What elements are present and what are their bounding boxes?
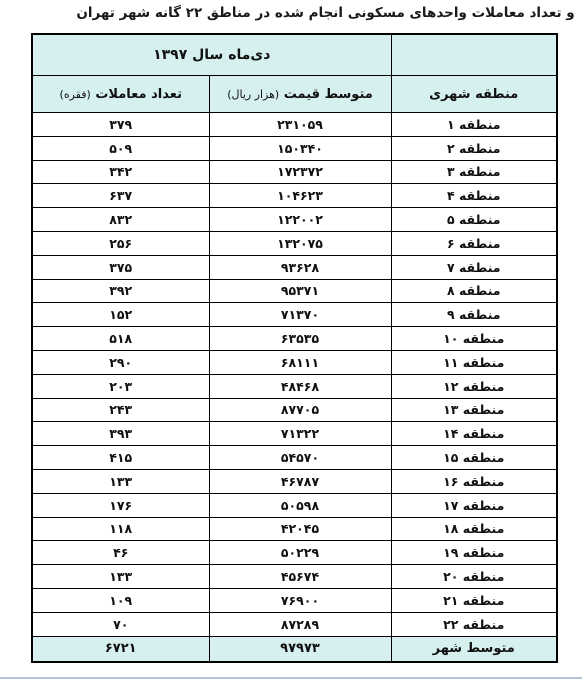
price-cell: ۱۷۲۳۷۲ xyxy=(209,160,391,184)
district-cell: منطقه ۷ xyxy=(391,255,557,279)
table-row: منطقه ۴ ۱۰۴۶۲۳ ۶۳۷ xyxy=(32,184,557,208)
price-cell: ۸۷۲۸۹ xyxy=(209,612,391,636)
table-row: منطقه ۱۵ ۵۴۵۷۰ ۴۱۵ xyxy=(32,446,557,470)
table-row: منطقه ۱۶ ۴۶۷۸۷ ۱۳۳ xyxy=(32,469,557,493)
column-header-row: منطقه شهری متوسط قیمت (هزار ریال) تعداد … xyxy=(32,76,557,113)
price-cell: ۷۶۹۰۰ xyxy=(209,588,391,612)
table-row: منطقه ۲ ۱۵۰۳۴۰ ۵۰۹ xyxy=(32,136,557,160)
count-cell: ۱۷۶ xyxy=(32,493,209,517)
table-row: منطقه ۱۹ ۵۰۲۲۹ ۴۶ xyxy=(32,541,557,565)
table-row: منطقه ۱۷ ۵۰۵۹۸ ۱۷۶ xyxy=(32,493,557,517)
price-cell: ۹۳۶۲۸ xyxy=(209,255,391,279)
transactions-table: دی‌ماه سال ۱۳۹۷ منطقه شهری متوسط قیمت (ه… xyxy=(31,33,558,663)
count-cell: ۳۷۹ xyxy=(32,113,209,137)
district-cell: منطقه ۱ xyxy=(391,113,557,137)
district-cell: منطقه ۲۰ xyxy=(391,565,557,589)
price-cell: ۵۰۵۹۸ xyxy=(209,493,391,517)
table-row: منطقه ۶ ۱۳۲۰۷۵ ۲۵۶ xyxy=(32,231,557,255)
table-row: منطقه ۱۲ ۴۸۴۶۸ ۲۰۳ xyxy=(32,374,557,398)
count-cell: ۲۴۳ xyxy=(32,398,209,422)
page: و تعداد معاملات واحدهای مسکونی انجام شده… xyxy=(0,0,582,683)
count-cell: ۱۱۸ xyxy=(32,517,209,541)
count-cell: ۳۹۳ xyxy=(32,422,209,446)
count-cell: ۱۰۹ xyxy=(32,588,209,612)
table-footer: متوسط شهر ۹۷۹۷۳ ۶۷۲۱ xyxy=(32,636,557,662)
price-cell: ۱۰۴۶۲۳ xyxy=(209,184,391,208)
district-cell: منطقه ۵ xyxy=(391,208,557,232)
district-cell: منطقه ۱۲ xyxy=(391,374,557,398)
district-cell: منطقه ۱۳ xyxy=(391,398,557,422)
price-cell: ۶۸۱۱۱ xyxy=(209,350,391,374)
count-cell: ۴۶ xyxy=(32,541,209,565)
district-cell: منطقه ۲ xyxy=(391,136,557,160)
price-cell: ۵۰۲۲۹ xyxy=(209,541,391,565)
price-cell: ۲۳۱۰۵۹ xyxy=(209,113,391,137)
price-cell: ۵۴۵۷۰ xyxy=(209,446,391,470)
count-cell: ۷۰ xyxy=(32,612,209,636)
table-row: منطقه ۳ ۱۷۲۳۷۲ ۳۴۲ xyxy=(32,160,557,184)
count-column-label: تعداد معاملات xyxy=(95,87,182,102)
price-column-label: متوسط قیمت xyxy=(284,87,373,102)
table-row: منطقه ۲۰ ۴۵۶۷۴ ۱۳۳ xyxy=(32,565,557,589)
table-row: منطقه ۲۲ ۸۷۲۸۹ ۷۰ xyxy=(32,612,557,636)
price-cell: ۱۲۲۰۰۲ xyxy=(209,208,391,232)
district-cell: منطقه ۱۴ xyxy=(391,422,557,446)
district-cell: منطقه ۱۱ xyxy=(391,350,557,374)
district-cell: منطقه ۲۱ xyxy=(391,588,557,612)
count-cell: ۲۰۳ xyxy=(32,374,209,398)
table-row: منطقه ۱۴ ۷۱۳۲۲ ۳۹۳ xyxy=(32,422,557,446)
price-cell: ۱۳۲۰۷۵ xyxy=(209,231,391,255)
district-column-header: منطقه شهری xyxy=(391,76,557,113)
count-cell: ۳۷۵ xyxy=(32,255,209,279)
count-cell: ۴۱۵ xyxy=(32,446,209,470)
district-cell: منطقه ۲۲ xyxy=(391,612,557,636)
district-cell: منطقه ۹ xyxy=(391,303,557,327)
count-cell: ۲۵۶ xyxy=(32,231,209,255)
table-row: منطقه ۸ ۹۵۳۷۱ ۳۹۲ xyxy=(32,279,557,303)
district-cell: منطقه ۶ xyxy=(391,231,557,255)
price-cell: ۷۱۳۷۰ xyxy=(209,303,391,327)
district-cell: منطقه ۱۹ xyxy=(391,541,557,565)
price-cell: ۶۳۵۳۵ xyxy=(209,327,391,351)
period-header-cell: دی‌ماه سال ۱۳۹۷ xyxy=(32,34,391,76)
count-cell: ۶۳۷ xyxy=(32,184,209,208)
price-cell: ۴۲۰۴۵ xyxy=(209,517,391,541)
district-cell: منطقه ۱۶ xyxy=(391,469,557,493)
price-cell: ۴۶۷۸۷ xyxy=(209,469,391,493)
table-row: منطقه ۷ ۹۳۶۲۸ ۳۷۵ xyxy=(32,255,557,279)
district-cell: منطقه ۳ xyxy=(391,160,557,184)
price-column-header: متوسط قیمت (هزار ریال) xyxy=(209,76,391,113)
count-cell: ۵۰۹ xyxy=(32,136,209,160)
table-row: منطقه ۲۱ ۷۶۹۰۰ ۱۰۹ xyxy=(32,588,557,612)
count-cell: ۲۹۰ xyxy=(32,350,209,374)
count-cell: ۵۱۸ xyxy=(32,327,209,351)
table-container: دی‌ماه سال ۱۳۹۷ منطقه شهری متوسط قیمت (ه… xyxy=(33,33,558,663)
district-cell: منطقه ۱۸ xyxy=(391,517,557,541)
district-cell: منطقه ۱۷ xyxy=(391,493,557,517)
count-cell: ۱۳۳ xyxy=(32,469,209,493)
price-unit-label: (هزار ریال) xyxy=(227,88,279,101)
price-cell: ۴۸۴۶۸ xyxy=(209,374,391,398)
price-cell: ۴۵۶۷۴ xyxy=(209,565,391,589)
table-row: منطقه ۱ ۲۳۱۰۵۹ ۳۷۹ xyxy=(32,113,557,137)
city-average-count-cell: ۶۷۲۱ xyxy=(32,636,209,662)
count-cell: ۱۳۳ xyxy=(32,565,209,589)
table-row: منطقه ۵ ۱۲۲۰۰۲ ۸۳۲ xyxy=(32,208,557,232)
table-header: دی‌ماه سال ۱۳۹۷ منطقه شهری متوسط قیمت (ه… xyxy=(32,34,557,113)
city-average-label-cell: متوسط شهر xyxy=(391,636,557,662)
price-cell: ۷۱۳۲۲ xyxy=(209,422,391,446)
count-cell: ۳۹۲ xyxy=(32,279,209,303)
district-cell: منطقه ۸ xyxy=(391,279,557,303)
page-title: و تعداد معاملات واحدهای مسکونی انجام شده… xyxy=(63,5,582,21)
table-row: منطقه ۹ ۷۱۳۷۰ ۱۵۲ xyxy=(32,303,557,327)
table-row: منطقه ۱۱ ۶۸۱۱۱ ۲۹۰ xyxy=(32,350,557,374)
count-cell: ۳۴۲ xyxy=(32,160,209,184)
district-cell: منطقه ۴ xyxy=(391,184,557,208)
price-cell: ۹۵۳۷۱ xyxy=(209,279,391,303)
district-cell: منطقه ۱۰ xyxy=(391,327,557,351)
city-average-row: متوسط شهر ۹۷۹۷۳ ۶۷۲۱ xyxy=(32,636,557,662)
table-body: منطقه ۱ ۲۳۱۰۵۹ ۳۷۹ منطقه ۲ ۱۵۰۳۴۰ ۵۰۹ من… xyxy=(32,113,557,637)
city-average-price-cell: ۹۷۹۷۳ xyxy=(209,636,391,662)
empty-header-cell xyxy=(391,34,557,76)
price-cell: ۸۷۷۰۵ xyxy=(209,398,391,422)
bottom-divider-rule xyxy=(0,677,582,679)
count-column-header: تعداد معاملات (فقره) xyxy=(32,76,209,113)
district-cell: منطقه ۱۵ xyxy=(391,446,557,470)
table-row: منطقه ۱۰ ۶۳۵۳۵ ۵۱۸ xyxy=(32,327,557,351)
period-header-row: دی‌ماه سال ۱۳۹۷ xyxy=(32,34,557,76)
table-row: منطقه ۱۳ ۸۷۷۰۵ ۲۴۳ xyxy=(32,398,557,422)
price-cell: ۱۵۰۳۴۰ xyxy=(209,136,391,160)
count-unit-label: (فقره) xyxy=(60,88,91,101)
count-cell: ۱۵۲ xyxy=(32,303,209,327)
table-row: منطقه ۱۸ ۴۲۰۴۵ ۱۱۸ xyxy=(32,517,557,541)
count-cell: ۸۳۲ xyxy=(32,208,209,232)
